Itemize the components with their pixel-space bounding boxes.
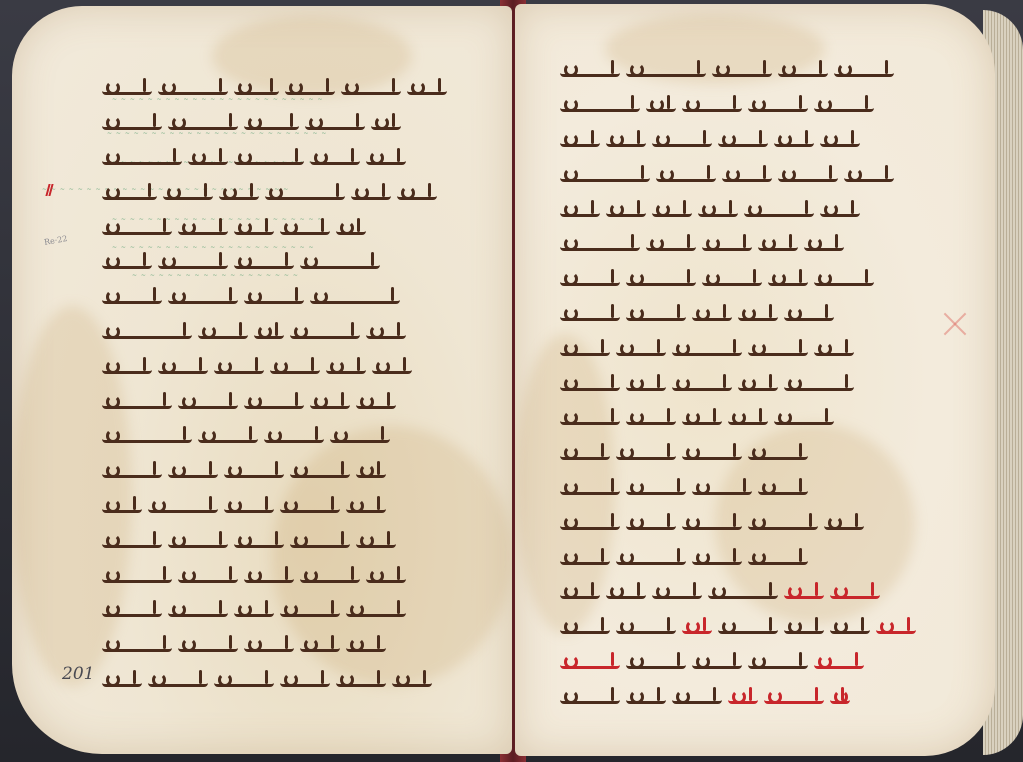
left-text-block [102,74,467,700]
folio-number: 201 [62,664,94,684]
margin-note: Re·22 [43,234,68,247]
right-page [515,4,995,756]
right-text-block [560,56,930,717]
left-page: Re·22 ~ ~ ~ ~ ~ ~ ~ ~ ~ ~ ~ ~ ~ ~ ~ ~ ~ … [12,6,512,754]
red-cross-mark [940,309,970,339]
